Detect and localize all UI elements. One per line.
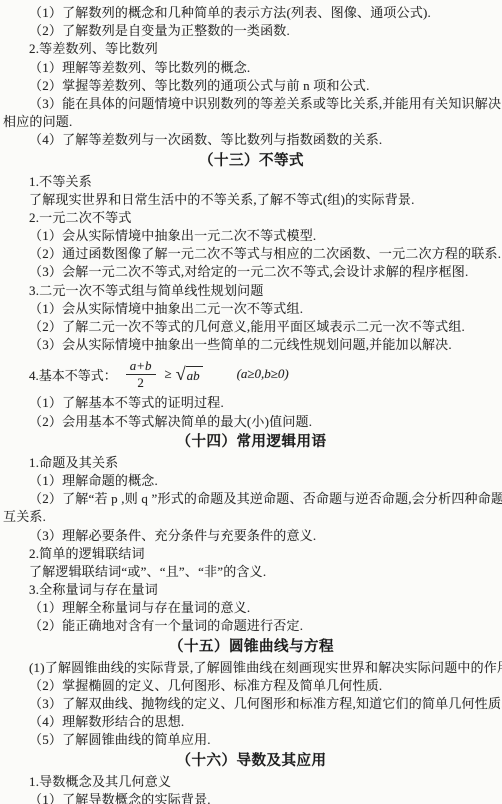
document-page: （1）了解数列的概念和几种简单的表示方法(列表、图像、通项公式). （2）了解数…: [0, 0, 502, 804]
relation-symbol: ≥: [165, 366, 172, 382]
radical-sign: √: [176, 366, 186, 383]
doc-line: （1）了解数列的概念和几种简单的表示方法(列表、图像、通项公式).: [3, 4, 500, 22]
doc-line: 2.一元二次不等式: [3, 209, 500, 227]
doc-line: （3）能在具体的问题情境中识别数列的等差关系或等比关系,并能用有关知识解决: [3, 95, 500, 113]
doc-line: （1）了解导数概念的实际背景.: [3, 791, 500, 804]
radicand: ab: [186, 366, 203, 383]
doc-line: 1.命题及其关系: [3, 454, 500, 472]
heading-logic-terms: （十四）常用逻辑用语: [3, 431, 500, 454]
doc-line: 2.简单的逻辑联结词: [3, 545, 500, 563]
doc-line: 3.二元一次不等式组与简单线性规划问题: [3, 282, 500, 300]
formula-condition: (a≥0,b≥0): [237, 366, 289, 382]
doc-line: （4）理解数形结合的思想.: [3, 713, 500, 731]
doc-line: （2）能正确地对含有一个量词的命题进行否定.: [3, 617, 500, 635]
fraction: a+b 2: [126, 359, 156, 390]
doc-line: 1.导数概念及其几何意义: [3, 773, 500, 791]
doc-line: （3）会解一元二次不等式,对给定的一元二次不等式,会设计求解的程序框图.: [3, 263, 500, 281]
formula-label: 4.基本不等式：: [3, 365, 117, 384]
doc-line: （3）理解必要条件、充分条件与充要条件的意义.: [3, 527, 500, 545]
doc-line: （1）了解基本不等式的证明过程.: [3, 394, 500, 412]
doc-line: （1）会从实际情境中抽象出二元一次不等式组.: [3, 300, 500, 318]
heading-inequalities: （十三）不等式: [3, 150, 500, 173]
doc-line: （2）了解二元一次不等式的几何意义,能用平面区域表示二元一次不等式组.: [3, 318, 500, 336]
doc-line: （1）会从实际情境中抽象出一元二次不等式模型.: [3, 227, 500, 245]
doc-line: （4）了解等差数列与一次函数、等比数列与指数函数的关系.: [3, 131, 500, 149]
doc-line: （1）理解命题的概念.: [3, 472, 500, 490]
doc-line: （2）了解“若 p ,则 q ”形式的命题及其逆命题、否命题与逆否命题,会分析四…: [3, 490, 500, 508]
doc-line: 1.不等关系: [3, 173, 500, 191]
doc-line: 2.等差数列、等比数列: [3, 40, 500, 58]
square-root: √ ab: [176, 366, 203, 383]
basic-inequality-formula: 4.基本不等式： a+b 2 ≥ √ ab (a≥0,b≥0): [3, 354, 500, 394]
doc-line: （3）会从实际情境中抽象出一些简单的二元线性规划问题,并能加以解决.: [3, 336, 500, 354]
doc-line: 3.全称量词与存在量词: [3, 581, 500, 599]
fraction-denominator: 2: [126, 375, 156, 390]
doc-line: （2）通过函数图像了解一元二次不等式与相应的二次函数、一元二次方程的联系.: [3, 245, 500, 263]
doc-line: 了解现实世界和日常生活中的不等关系,了解不等式(组)的实际背景.: [3, 191, 500, 209]
heading-conic-sections: （十五）圆锥曲线与方程: [3, 636, 500, 659]
doc-line: （2）会用基本不等式解决简单的最大(小)值问题.: [3, 413, 500, 431]
doc-line: （1）理解全称量词与存在量词的意义.: [3, 599, 500, 617]
fraction-numerator: a+b: [126, 359, 156, 375]
doc-line-wrapped: 互关系.: [3, 508, 500, 526]
doc-line: (1)了解圆锥曲线的实际背景,了解圆锥曲线在刻画现实世界和解决实际问题中的作用.: [3, 659, 500, 677]
doc-line: （2）了解数列是自变量为正整数的一类函数.: [3, 22, 500, 40]
doc-line: （5）了解圆锥曲线的简单应用.: [3, 731, 500, 749]
doc-line: （2）掌握椭圆的定义、几何图形、标准方程及简单几何性质.: [3, 677, 500, 695]
doc-line-wrapped: 相应的问题.: [3, 113, 500, 131]
heading-derivatives: （十六）导数及其应用: [3, 750, 500, 773]
doc-line: （3）了解双曲线、抛物线的定义、几何图形和标准方程,知道它们的简单几何性质.: [3, 695, 500, 713]
doc-line: （2）掌握等差数列、等比数列的通项公式与前 n 项和公式.: [3, 77, 500, 95]
doc-line: （1）理解等差数列、等比数列的概念.: [3, 59, 500, 77]
doc-line: 了解逻辑联结词“或”、“且”、“非”的含义.: [3, 563, 500, 581]
